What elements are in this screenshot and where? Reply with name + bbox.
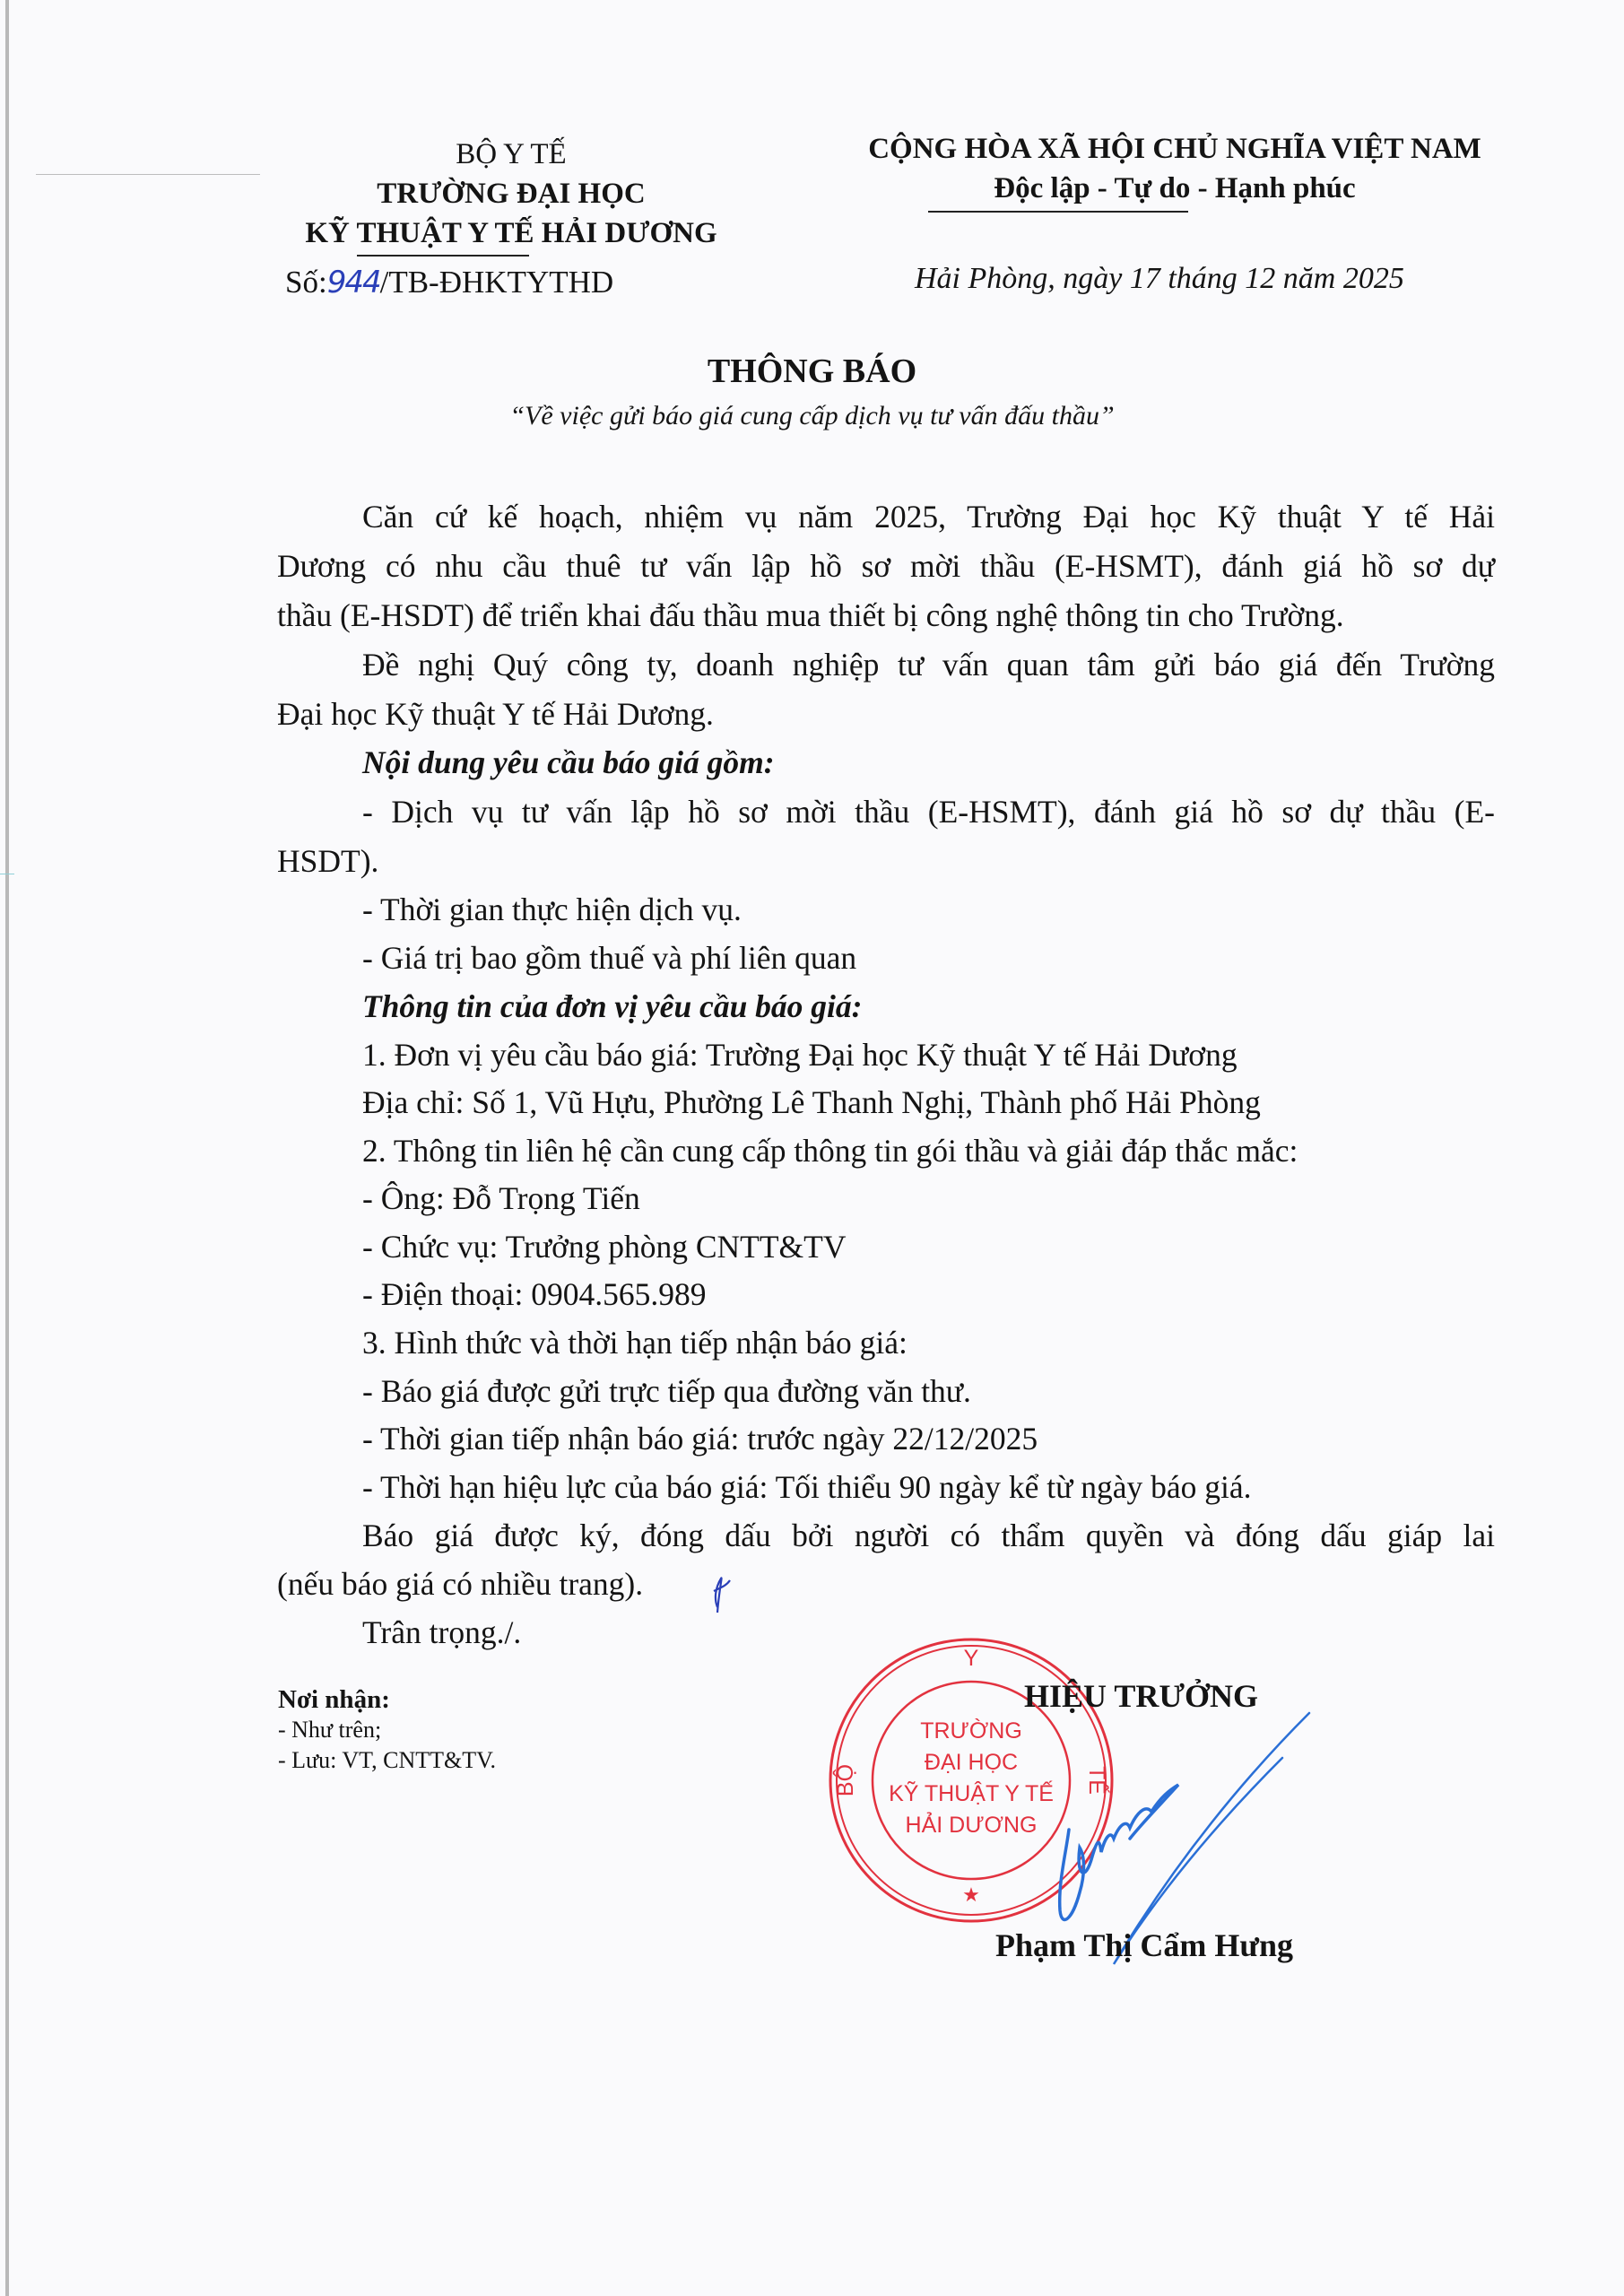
scan-left-edge (5, 0, 9, 2296)
school-name-line1: TRƯỜNG ĐẠI HỌC (269, 174, 753, 213)
doc-number-handwritten: 944 (327, 265, 380, 300)
recipients-block: Nơi nhận: - Như trên; - Lưu: VT, CNTT&TV… (278, 1684, 496, 1776)
recipient-item: - Như trên; (278, 1715, 496, 1745)
motto-underline (928, 211, 1188, 213)
document-title: THÔNG BÁO (0, 352, 1624, 391)
info-item: 2. Thông tin liên hệ cần cung cấp thông … (362, 1132, 1298, 1170)
content-item: - Thời gian thực hiện dịch vụ. (362, 891, 742, 928)
paragraph-1-line-2: Dương có nhu cầu thuê tư vấn lập hồ sơ m… (277, 547, 1495, 585)
issuer-block: BỘ Y TẾ TRƯỜNG ĐẠI HỌC KỸ THUẬT Y TẾ HẢI… (269, 135, 753, 253)
info-item: - Ông: Đỗ Trọng Tiến (362, 1179, 640, 1217)
content-item: - Giá trị bao gồm thuế và phí liên quan (362, 939, 856, 977)
school-name-line2: KỸ THUẬT Y TẾ HẢI DƯƠNG (269, 213, 753, 253)
place-date: Hải Phòng, ngày 17 tháng 12 năm 2025 (915, 262, 1404, 296)
ministry-name: BỘ Y TẾ (269, 135, 753, 174)
recipients-heading: Nơi nhận: (278, 1684, 496, 1715)
national-header: CỘNG HÒA XÃ HỘI CHỦ NGHĨA VIỆT NAM Độc l… (825, 129, 1524, 208)
content-heading: Nội dung yêu cầu báo giá gồm: (362, 744, 775, 781)
stamp-top-letter: Y (823, 1645, 1119, 1672)
doc-number-suffix: /TB-ĐHKTYTHD (380, 265, 614, 300)
regards: Trân trọng./. (362, 1613, 521, 1651)
content-item: HSDT). (277, 842, 378, 880)
closing-line-2: (nếu báo giá có nhiều trang). (277, 1565, 643, 1603)
info-item: - Báo giá được gửi trực tiếp qua đường v… (362, 1372, 971, 1410)
paragraph-1-line-1: Căn cứ kế hoạch, nhiệm vụ năm 2025, Trườ… (362, 498, 1495, 535)
closing-line-1: Báo giá được ký, đóng dấu bởi người có t… (362, 1517, 1495, 1554)
issuer-underline (357, 255, 529, 257)
info-item: - Điện thoại: 0904.565.989 (362, 1275, 707, 1313)
info-heading: Thông tin của đơn vị yêu cầu báo giá: (362, 987, 863, 1025)
info-item: 3. Hình thức và thời hạn tiếp nhận báo g… (362, 1324, 908, 1361)
document-subtitle: “Về việc gửi báo giá cung cấp dịch vụ tư… (0, 401, 1624, 431)
paragraph-2-line-1: Đề nghị Quý công ty, doanh nghiệp tư vấn… (362, 646, 1495, 683)
doc-number-prefix: Số: (285, 265, 327, 300)
signer-name: Phạm Thị Cẩm Hưng (995, 1926, 1293, 1964)
scan-artifact-mark (0, 874, 14, 874)
document-number: Số:944/TB-ĐHKTYTHD (285, 265, 613, 300)
info-item: - Chức vụ: Trưởng phòng CNTT&TV (362, 1228, 847, 1265)
info-item: Địa chỉ: Số 1, Vũ Hựu, Phường Lê Thanh N… (362, 1083, 1261, 1121)
info-item: - Thời gian tiếp nhận báo giá: trước ngà… (362, 1420, 1038, 1457)
content-item: - Dịch vụ tư vấn lập hồ sơ mời thầu (E-H… (362, 793, 1495, 831)
recipient-item: - Lưu: VT, CNTT&TV. (278, 1745, 496, 1776)
handwritten-initial-mark (708, 1571, 735, 1616)
paragraph-1-line-3: thầu (E-HSDT) để triển khai đấu thầu mua… (277, 596, 1344, 634)
scan-artifact-line (36, 174, 260, 175)
national-motto: Độc lập - Tự do - Hạnh phúc (825, 169, 1524, 208)
info-item: - Thời hạn hiệu lực của báo giá: Tối thi… (362, 1468, 1252, 1506)
info-item: 1. Đơn vị yêu cầu báo giá: Trường Đại họ… (362, 1036, 1238, 1074)
paragraph-2-line-2: Đại học Kỹ thuật Y tế Hải Dương. (277, 695, 714, 733)
nation-name: CỘNG HÒA XÃ HỘI CHỦ NGHĨA VIỆT NAM (825, 129, 1524, 169)
